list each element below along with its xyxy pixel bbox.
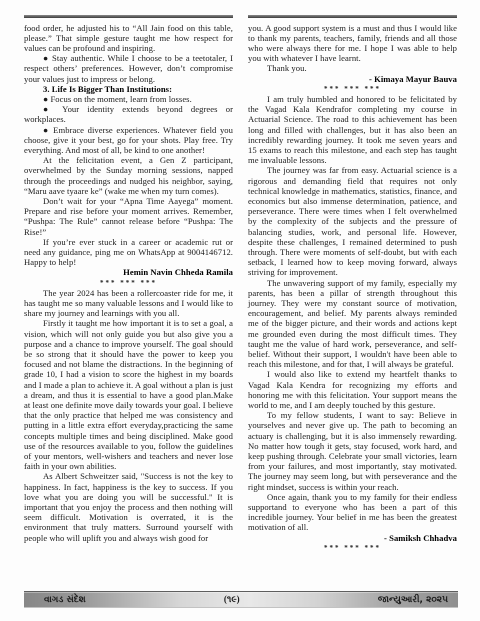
paragraph: The unwavering support of my family, esp… — [248, 278, 457, 370]
left-column: food order, he adjusted his to “All Jain… — [24, 15, 233, 553]
right-column-text: you. A good support system is a must and… — [248, 23, 457, 554]
bullet-item: ● Focus on the moment, learn from losses… — [24, 94, 233, 104]
paragraph: The year 2024 has been a rollercoaster r… — [24, 288, 233, 319]
author-signature: Hemin Navin Chheda Ramila — [24, 267, 233, 277]
section-separator: *** *** *** — [24, 278, 233, 288]
magazine-page: food order, he adjusted his to “All Jain… — [0, 0, 480, 621]
bullet-item: ● Stay authentic. While I choose to be a… — [24, 53, 233, 84]
paragraph: Don’t wait for your “Apna Time Aayega” m… — [24, 196, 233, 237]
paragraph: I would also like to extend my heartfelt… — [248, 369, 457, 410]
paragraph: food order, he adjusted his to “All Jain… — [24, 23, 233, 54]
author-signature: - Samiksh Chhadva — [248, 533, 457, 543]
paragraph: you. A good support system is a must and… — [248, 23, 457, 64]
section-heading: 3. Life Is Bigger Than Institutions: — [24, 84, 233, 94]
footer-page-number: (૧૯) — [224, 594, 240, 605]
column-top-rule — [24, 15, 233, 18]
bullet-item: ● Your identity extends beyond degrees o… — [24, 104, 233, 124]
column-top-rule — [248, 15, 457, 18]
paragraph: At the felicitation event, a Gen Z parti… — [24, 155, 233, 196]
paragraph: Thank you. — [248, 63, 457, 73]
paragraph: Firstly it taught me how important it is… — [24, 318, 233, 471]
paragraph: As Albert Schweitzer said, "Success is n… — [24, 471, 233, 542]
paragraph: To my fellow students, I want to say: Be… — [248, 410, 457, 492]
two-column-layout: food order, he adjusted his to “All Jain… — [0, 0, 480, 553]
footer-issue-date: જાન્યુઆરી, ૨૦૨૫ — [378, 595, 448, 605]
footer-magazine-name: વાગડ સંદેશ — [44, 595, 86, 605]
paragraph: Once again, thank you to my family for t… — [248, 492, 457, 533]
author-signature: - Kimaya Mayur Bauva — [248, 74, 457, 84]
section-separator: *** *** *** — [248, 543, 457, 553]
paragraph: The journey was far from easy. Actuarial… — [248, 165, 457, 277]
paragraph: I am truly humbled and honored to be fel… — [248, 94, 457, 165]
section-separator: *** *** *** — [248, 84, 457, 94]
bullet-item: ● Embrace diverse experiences. Whatever … — [24, 125, 233, 156]
right-column: you. A good support system is a must and… — [248, 15, 457, 553]
paragraph: If you’re ever stuck in a career or acad… — [24, 237, 233, 268]
left-column-text: food order, he adjusted his to “All Jain… — [24, 23, 233, 543]
footer-bar: વાગડ સંદેશ (૧૯) જાન્યુઆરી, ૨૦૨૫ — [24, 591, 458, 608]
